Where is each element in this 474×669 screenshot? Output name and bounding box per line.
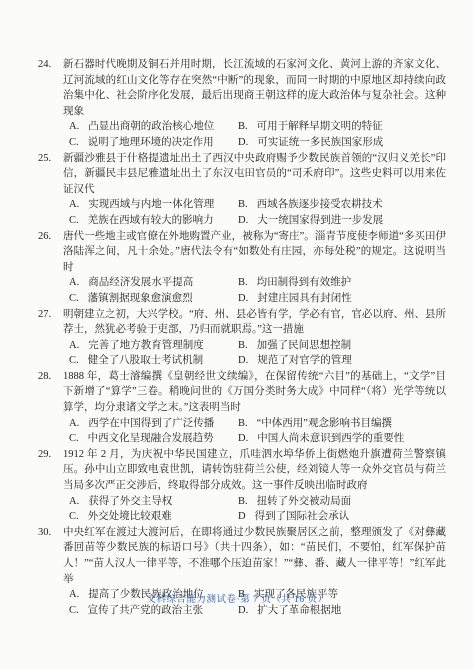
option-d: D.可实证统一多民族国家形成 [238,135,446,151]
option-label: C. [69,431,79,447]
question-number: 30. [38,525,63,541]
option-label: B. [238,275,248,291]
question-number: 29. [38,447,63,463]
option-text: 健全了八股取士考试机制 [88,353,204,369]
option-text: 规范了对官学的管理 [257,353,352,369]
question-27: 27. 明朝建立之初，大兴学校。“府、州、县必皆有学，学必有官，官必以府、州、县… [38,307,446,369]
option-d: D.扩大了革命根据地 [238,603,446,619]
question-stem: 1912 年 2 月，为庆祝中华民国建立，爪哇泗水埠华侨上街燃炮升旗遭荷兰警察镇… [63,447,446,494]
question-stem: 1888 年，葛士濬编撰《皇朝经世文续编》，在保留传统“六目”的基础上，“文学”… [63,369,446,416]
option-a: A.完善了地方教育管理制度 [69,338,238,354]
option-label: C. [69,135,79,151]
option-c: C.宣传了共产党的政治主张 [69,603,238,619]
option-a: A.实现西域与内地一体化管理 [69,197,238,213]
option-label: C. [69,509,79,525]
option-a: A.获得了外交主导权 [69,494,238,510]
option-text: 封建庄园具有封闭性 [257,291,352,307]
option-b: B.西域各族逐步接受农耕技术 [238,197,446,213]
option-text: 中西文化呈现融合发展趋势 [88,431,214,447]
option-text: 凸显出商朝的政治核心地位 [88,119,214,135]
question-stem: 新石器时代晚期及铜石并用时期，长江流域的石家河文化、黄河上游的齐家文化、辽河流域… [63,57,446,119]
question-29: 29. 1912 年 2 月，为庆祝中华民国建立，爪哇泗水埠华侨上街燃炮升旗遭荷… [38,447,446,525]
option-label: D. [238,603,248,619]
option-text: 实现西域与内地一体化管理 [88,197,214,213]
option-d: D.规范了对官学的管理 [238,353,446,369]
option-text: 均田制得到有效维护 [257,275,352,291]
option-label: A. [69,494,79,510]
option-c: C.健全了八股取士考试机制 [69,353,238,369]
options-list: A.完善了地方教育管理制度 B.加强了民间思想控制 C.健全了八股取士考试机制 … [63,338,446,369]
option-d: D.中国人尚未意识到西学的重要性 [238,431,446,447]
option-text: 外交处境比较艰难 [88,509,172,525]
option-label: D. [238,431,248,447]
option-text: 完善了地方教育管理制度 [88,338,204,354]
options-list: A.获得了外交主导权 B.扭转了外交被动局面 C.外交处境比较艰难 D得到了国际… [63,494,446,525]
option-text: 宣传了共产党的政治主张 [88,603,204,619]
option-text: “中体西用”观念影响书目编撰 [257,416,392,432]
option-text: 说明了地理环境的决定作用 [88,135,214,151]
question-stem: 明朝建立之初，大兴学校。“府、州、县必皆有学，学必有官，官必以府、州、县所荐士，… [63,307,446,338]
option-label: B. [238,197,248,213]
option-label: A. [69,119,79,135]
option-text: 西域各族逐步接受农耕技术 [257,197,383,213]
option-label: D. [238,291,248,307]
question-26: 26. 唐代一些地主或官僚在外地购置产业，被称为“寄庄”。淄青节度使李师道“多买… [38,229,446,307]
option-label: C. [69,353,79,369]
option-label: C. [69,291,79,307]
option-d: D.大一统国家得到进一步发展 [238,213,446,229]
option-label: A. [69,416,79,432]
option-text: 可实证统一多民族国家形成 [257,135,383,151]
option-text: 扩大了革命根据地 [257,603,341,619]
option-c: C.说明了地理环境的决定作用 [69,135,238,151]
options-list: A.西学在中国得到了广泛传播 B.“中体西用”观念影响书目编撰 C.中西文化呈现… [63,416,446,447]
option-label: B. [238,338,248,354]
question-stem: 中央红军在渡过大渡河后，在即将通过少数民族聚居区之前，整理颁发了《对彝藏番回苗等… [63,525,446,587]
option-d: D.封建庄园具有封闭性 [238,291,446,307]
option-label: A. [69,197,79,213]
option-label: A. [69,338,79,354]
option-b: B.加强了民间思想控制 [238,338,446,354]
option-label: C. [69,213,79,229]
question-stem: 新疆沙雅县于什格提遗址出土了西汉中央政府赐予少数民族首领的“汉归义羌长”印信，新… [63,151,446,198]
question-number: 27. [38,307,63,323]
option-label: B. [238,494,248,510]
option-text: 商品经济发展水平提高 [88,275,193,291]
option-label: C. [69,603,79,619]
option-b: B.扭转了外交被动局面 [238,494,446,510]
option-text: 西学在中国得到了广泛传播 [88,416,214,432]
options-list: A.商品经济发展水平提高 B.均田制得到有效维护 C.藩镇割据现象愈演愈烈 D.… [63,275,446,306]
question-number: 28. [38,369,63,385]
option-text: 得到了国际社会承认 [255,509,350,525]
question-number: 26. [38,229,63,245]
options-list: A.凸显出商朝的政治核心地位 B.可用于解释早期文明的特征 C.说明了地理环境的… [63,119,446,150]
option-label: A. [69,275,79,291]
option-text: 加强了民间思想控制 [257,338,352,354]
option-text: 藩镇割据现象愈演愈烈 [88,291,193,307]
question-number: 25. [38,151,63,167]
option-a: A.商品经济发展水平提高 [69,275,238,291]
options-list: A.实现西域与内地一体化管理 B.西域各族逐步接受农耕技术 C.羌族在西域有较大… [63,197,446,228]
option-b: B.可用于解释早期文明的特征 [238,119,446,135]
option-c: C.中西文化呈现融合发展趋势 [69,431,238,447]
question-24: 24. 新石器时代晚期及铜石并用时期，长江流域的石家河文化、黄河上游的齐家文化、… [38,57,446,151]
option-label: B. [238,416,248,432]
option-label: D [238,509,246,525]
exam-page: 24. 新石器时代晚期及铜石并用时期，长江流域的石家河文化、黄河上游的齐家文化、… [0,0,474,669]
option-a: A.西学在中国得到了广泛传播 [69,416,238,432]
option-b: B.均田制得到有效维护 [238,275,446,291]
option-text: 中国人尚未意识到西学的重要性 [257,431,404,447]
question-25: 25. 新疆沙雅县于什格提遗址出土了西汉中央政府赐予少数民族首领的“汉归义羌长”… [38,151,446,229]
option-text: 可用于解释早期文明的特征 [257,119,383,135]
option-label: B. [238,119,248,135]
option-a: A.凸显出商朝的政治核心地位 [69,119,238,135]
option-label: D. [238,353,248,369]
option-text: 大一统国家得到进一步发展 [257,213,383,229]
page-footer: 文科综合能力测试卷·第 7 页（共 16 页） [0,591,474,605]
question-28: 28. 1888 年，葛士濬编撰《皇朝经世文续编》，在保留传统“六目”的基础上，… [38,369,446,447]
option-d: D得到了国际社会承认 [238,509,446,525]
option-c: C.藩镇割据现象愈演愈烈 [69,291,238,307]
option-label: D. [238,135,248,151]
question-stem: 唐代一些地主或官僚在外地购置产业，被称为“寄庄”。淄青节度使李师道“多买田伊洛陆… [63,229,446,276]
option-b: B.“中体西用”观念影响书目编撰 [238,416,446,432]
option-text: 扭转了外交被动局面 [257,494,352,510]
question-number: 24. [38,57,63,73]
option-label: D. [238,213,248,229]
option-c: C.羌族在西域有较大的影响力 [69,213,238,229]
option-text: 羌族在西域有较大的影响力 [88,213,214,229]
option-text: 获得了外交主导权 [88,494,172,510]
option-c: C.外交处境比较艰难 [69,509,238,525]
